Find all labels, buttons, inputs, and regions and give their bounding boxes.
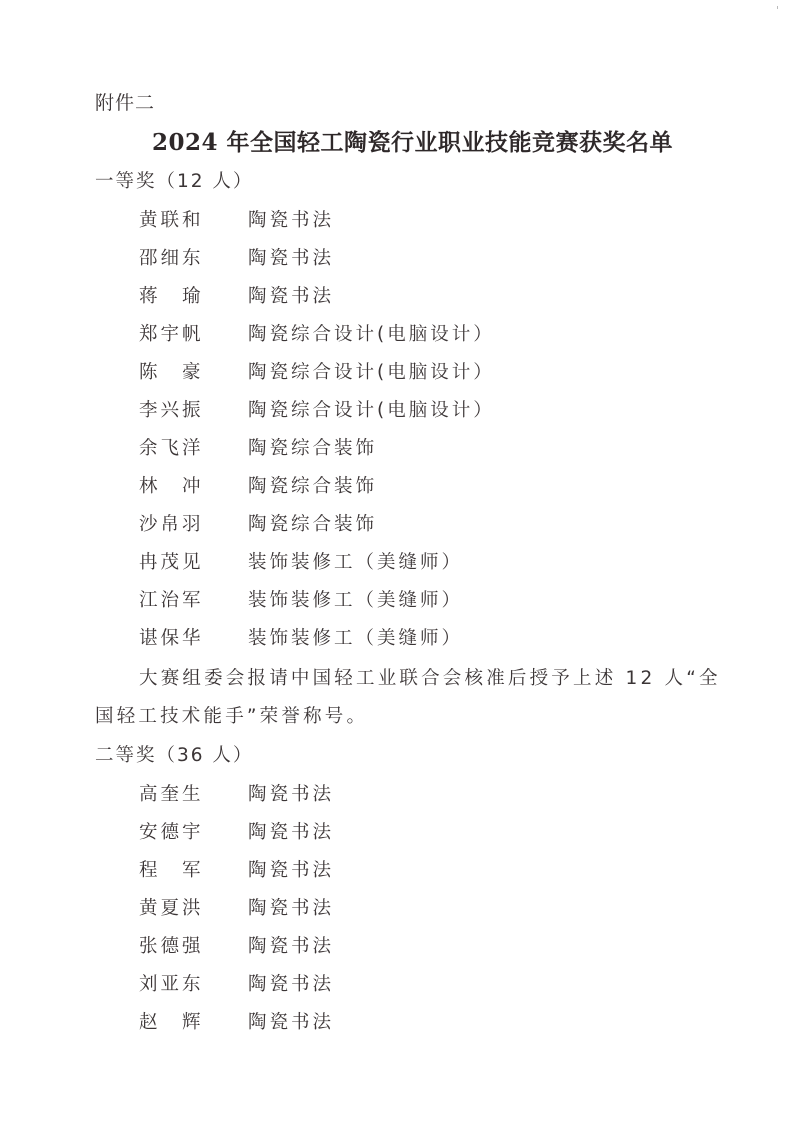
winner-category: 陶瓷书法 [248, 282, 334, 308]
winner-name: 高奎生 [139, 780, 248, 806]
winner-row: 张德强陶瓷书法 [139, 932, 334, 958]
winner-name: 刘亚东 [139, 970, 248, 996]
winner-category: 陶瓷书法 [248, 206, 334, 232]
winner-row: 程 军陶瓷书法 [139, 856, 334, 882]
winner-category: 陶瓷综合设计(电脑设计） [248, 396, 495, 422]
winner-row: 黄联和陶瓷书法 [139, 206, 334, 232]
winner-category: 陶瓷书法 [248, 780, 334, 806]
winner-category: 陶瓷综合装饰 [248, 434, 377, 460]
winner-name: 沙帛羽 [139, 510, 248, 536]
winner-row: 刘亚东陶瓷书法 [139, 970, 334, 996]
winner-category: 装饰装修工（美缝师） [248, 548, 463, 574]
winner-category: 陶瓷综合装饰 [248, 510, 377, 536]
winner-row: 江治军装饰装修工（美缝师） [139, 586, 463, 612]
winner-name: 邵细东 [139, 244, 248, 270]
winner-row: 邵细东陶瓷书法 [139, 244, 334, 270]
winner-row: 陈 豪陶瓷综合设计(电脑设计） [139, 358, 495, 384]
winner-category: 陶瓷书法 [248, 894, 334, 920]
winner-name: 黄夏洪 [139, 894, 248, 920]
winner-name: 张德强 [139, 932, 248, 958]
winner-category: 陶瓷书法 [248, 856, 334, 882]
winner-name: 郑宇帆 [139, 320, 248, 346]
winner-category: 陶瓷综合设计(电脑设计） [248, 358, 495, 384]
winner-category: 装饰装修工（美缝师） [248, 624, 463, 650]
winner-category: 陶瓷书法 [248, 970, 334, 996]
winner-name: 蒋 瑜 [139, 282, 248, 308]
winner-row: 冉茂见装饰装修工（美缝师） [139, 548, 463, 574]
winner-category: 陶瓷书法 [248, 818, 334, 844]
winner-row: 李兴振陶瓷综合设计(电脑设计） [139, 396, 495, 422]
winner-category: 陶瓷综合装饰 [248, 472, 377, 498]
winner-category: 陶瓷书法 [248, 1008, 334, 1034]
winner-name: 陈 豪 [139, 358, 248, 384]
document-title: 2024 年全国轻工陶瓷行业职业技能竞赛获奖名单 [0, 124, 809, 157]
winner-name: 黄联和 [139, 206, 248, 232]
winner-name: 林 冲 [139, 472, 248, 498]
winner-row: 安德宇陶瓷书法 [139, 818, 334, 844]
winner-row: 赵 辉陶瓷书法 [139, 1008, 334, 1034]
winner-category: 陶瓷书法 [248, 244, 334, 270]
winner-name: 李兴振 [139, 396, 248, 422]
scan-mark [777, 6, 778, 9]
winner-category: 陶瓷综合设计(电脑设计） [248, 320, 495, 346]
winner-name: 江治军 [139, 586, 248, 612]
second-prize-heading: 二等奖（36 人） [95, 741, 253, 767]
winner-name: 程 军 [139, 856, 248, 882]
winner-row: 郑宇帆陶瓷综合设计(电脑设计） [139, 320, 495, 346]
attachment-label: 附件二 [95, 88, 155, 115]
winner-row: 谌保华装饰装修工（美缝师） [139, 624, 463, 650]
winner-row: 蒋 瑜陶瓷书法 [139, 282, 334, 308]
winner-row: 高奎生陶瓷书法 [139, 780, 334, 806]
winner-row: 余飞洋陶瓷综合装饰 [139, 434, 377, 460]
winner-name: 冉茂见 [139, 548, 248, 574]
winner-row: 林 冲陶瓷综合装饰 [139, 472, 377, 498]
honor-note: 大赛组委会报请中国轻工业联合会核准后授予上述 12 人“全国轻工技术能手”荣誉称… [95, 660, 725, 736]
first-prize-heading: 一等奖（12 人） [95, 167, 253, 193]
document-page: 附件二 2024 年全国轻工陶瓷行业职业技能竞赛获奖名单 一等奖（12 人） 黄… [0, 0, 809, 1146]
winner-name: 余飞洋 [139, 434, 248, 460]
winner-category: 装饰装修工（美缝师） [248, 586, 463, 612]
winner-name: 谌保华 [139, 624, 248, 650]
winner-name: 安德宇 [139, 818, 248, 844]
winner-name: 赵 辉 [139, 1008, 248, 1034]
winner-row: 黄夏洪陶瓷书法 [139, 894, 334, 920]
winner-row: 沙帛羽陶瓷综合装饰 [139, 510, 377, 536]
winner-category: 陶瓷书法 [248, 932, 334, 958]
